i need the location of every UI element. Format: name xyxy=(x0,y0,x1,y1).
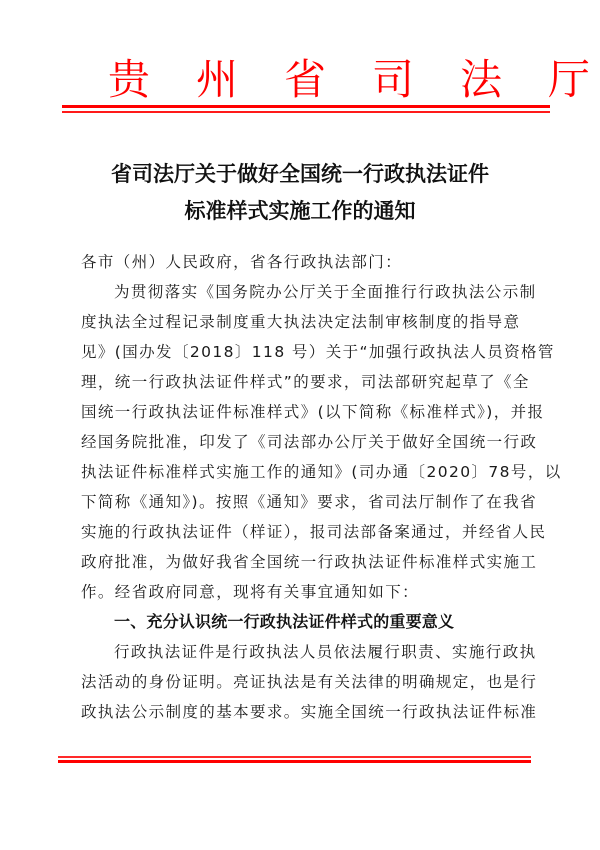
body-line: 见》(国办发〔2018〕118 号）关于“加强行政执法人员资格管 xyxy=(81,337,526,367)
body-line: 国统一行政执法证件标准样式》(以下简称《标准样式》)，并报 xyxy=(81,397,526,427)
body-line: 实施的行政执法证件（样证），报司法部备案通过，并经省人民 xyxy=(81,517,526,547)
body-line: 经国务院批准，印发了《司法部办公厅关于做好全国统一行政 xyxy=(81,427,526,457)
body-line: 政执法公示制度的基本要求。实施全国统一行政执法证件标准 xyxy=(81,697,526,727)
body-line: 法活动的身份证明。亮证执法是有关法律的明确规定，也是行 xyxy=(81,667,526,697)
section-heading: 一、充分认识统一行政执法证件样式的重要意义 xyxy=(81,607,526,637)
document-title: 省司法厅关于做好全国统一行政执法证件 标准样式实施工作的通知 xyxy=(0,155,600,229)
footer-rule-thick xyxy=(58,760,531,763)
body-line: 下简称《通知》)。按照《通知》要求，省司法厅制作了在我省 xyxy=(81,487,526,517)
document-title-line-2: 标准样式实施工作的通知 xyxy=(0,192,600,229)
body-line: 执法证件标准样式实施工作的通知》(司办通〔2020〕78号，以 xyxy=(81,457,526,487)
footer-rule-thin xyxy=(58,756,531,758)
body-line: 理，统一行政执法证件样式”的要求，司法部研究起草了《全 xyxy=(81,367,526,397)
document-title-line-1: 省司法厅关于做好全国统一行政执法证件 xyxy=(0,155,600,192)
salutation: 各市（州）人民政府，省各行政执法部门： xyxy=(81,247,526,277)
masthead-title: 贵州省司法厅 xyxy=(62,52,550,108)
body-line: 行政执法证件是行政执法人员依法履行职责、实施行政执 xyxy=(81,637,526,667)
document-page: 贵州省司法厅 省司法厅关于做好全国统一行政执法证件 标准样式实施工作的通知 各市… xyxy=(0,0,600,850)
body-line: 度执法全过程记录制度重大执法决定法制审核制度的指导意 xyxy=(81,307,526,337)
body-line: 作。经省政府同意，现将有关事宜通知如下： xyxy=(81,577,526,607)
body-line: 政府批准，为做好我省全国统一行政执法证件标准样式实施工 xyxy=(81,547,526,577)
document-body: 各市（州）人民政府，省各行政执法部门： 为贯彻落实《国务院办公厅关于全面推行行政… xyxy=(81,247,526,727)
masthead-rule-thin xyxy=(62,111,550,113)
body-line: 为贯彻落实《国务院办公厅关于全面推行行政执法公示制 xyxy=(81,277,526,307)
masthead-rule-thick xyxy=(62,105,550,108)
